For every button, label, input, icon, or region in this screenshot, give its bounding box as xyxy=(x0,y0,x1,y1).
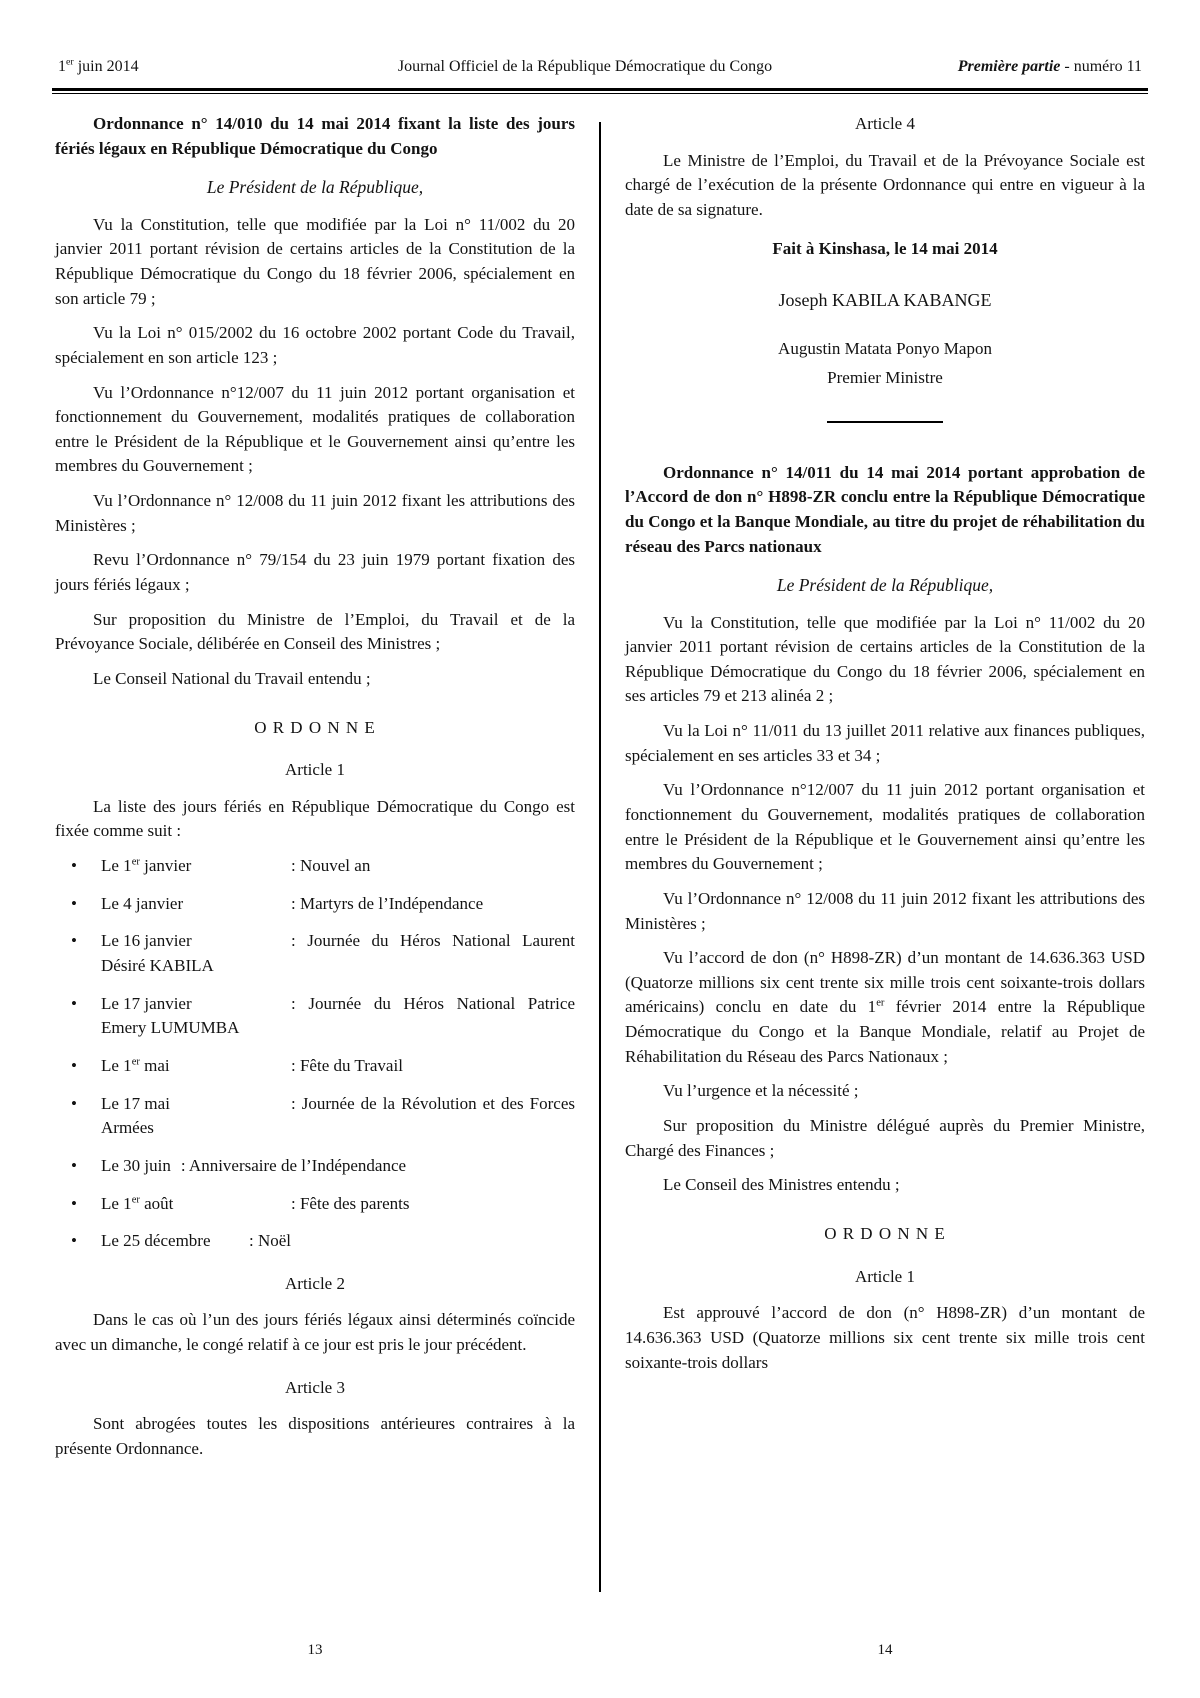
holiday-date-rest: mai xyxy=(140,1056,170,1075)
holiday-date-text: Le 16 janvier xyxy=(101,931,192,950)
header-date: 1er juin 2014 xyxy=(58,58,278,76)
section-separator-rule xyxy=(827,421,943,423)
holiday-item: Le 1er août: Fête des parents xyxy=(55,1192,575,1217)
holiday-item: Le 30 juin: Anniversaire de l’Indépendan… xyxy=(55,1154,575,1179)
article-1-body: Est approuvé l’accord de don (n° H898-ZR… xyxy=(625,1301,1145,1375)
recital-paragraph: Vu la Loi n° 015/2002 du 16 octobre 2002… xyxy=(55,321,575,370)
article-4-heading: Article 4 xyxy=(625,112,1145,137)
holiday-date: Le 1er mai xyxy=(101,1054,291,1079)
right-column: Article 4 Le Ministre de l’Emploi, du Tr… xyxy=(625,112,1145,1385)
header-rule xyxy=(52,88,1148,94)
left-column: Ordonnance n° 14/010 du 14 mai 2014 fixa… xyxy=(55,112,575,1472)
recital-paragraph: Vu l’urgence et la nécessité ; xyxy=(625,1079,1145,1104)
holiday-date-text: Le 25 décembre xyxy=(101,1231,211,1250)
article-4-body: Le Ministre de l’Emploi, du Travail et d… xyxy=(625,149,1145,223)
article-2-body: Dans le cas où l’un des jours fériés lég… xyxy=(55,1308,575,1357)
holiday-item: Le 16 janvier: Journée du Héros National… xyxy=(55,929,575,978)
signature-place-date: Fait à Kinshasa, le 14 mai 2014 xyxy=(625,237,1145,262)
recital-paragraph: Sur proposition du Ministre de l’Emploi,… xyxy=(55,608,575,657)
recital-paragraph: Sur proposition du Ministre délégué aupr… xyxy=(625,1114,1145,1163)
prime-minister-title: Premier Ministre xyxy=(625,366,1145,391)
holiday-date: Le 4 janvier xyxy=(101,892,291,917)
holiday-date-rest: août xyxy=(140,1194,174,1213)
holiday-label: : Fête des parents xyxy=(291,1194,410,1213)
article-1-heading: Article 1 xyxy=(625,1265,1145,1290)
ordonne-heading: O R D O N N E xyxy=(55,716,575,741)
holiday-date: Le 17 mai xyxy=(101,1092,291,1117)
holiday-date-text: Le 1 xyxy=(101,1194,132,1213)
salutation: Le Président de la République, xyxy=(55,175,575,200)
recital-paragraph: Le Conseil National du Travail entendu ; xyxy=(55,667,575,692)
holiday-date-sup: er xyxy=(132,1194,140,1205)
header-edition: Première partie - numéro 11 xyxy=(892,58,1142,76)
page-number-right: 14 xyxy=(625,1642,1145,1659)
page-header: 1er juin 2014 Journal Officiel de la Rép… xyxy=(58,58,1142,76)
header-date-rest: juin 2014 xyxy=(74,58,139,75)
recital-paragraph: Vu la Loi n° 11/011 du 13 juillet 2011 r… xyxy=(625,719,1145,768)
header-edition-number: - numéro 11 xyxy=(1060,58,1142,75)
holiday-item: Le 17 mai: Journée de la Révolution et d… xyxy=(55,1092,575,1141)
holiday-date-text: Le 17 mai xyxy=(101,1094,170,1113)
recital-paragraph: Vu la Constitution, telle que modifiée p… xyxy=(625,611,1145,710)
recital-paragraph: Vu l’Ordonnance n° 12/008 du 11 juin 201… xyxy=(55,489,575,538)
ordinance-title-14-011: Ordonnance n° 14/011 du 14 mai 2014 port… xyxy=(625,461,1145,560)
holiday-item: Le 25 décembre: Noël xyxy=(55,1229,575,1254)
column-divider xyxy=(599,122,601,1592)
holiday-date-rest: janvier xyxy=(140,856,191,875)
holiday-date-sup: er xyxy=(132,856,140,867)
prime-minister-name: Augustin Matata Ponyo Mapon xyxy=(625,337,1145,362)
holiday-item: Le 1er janvier: Nouvel an xyxy=(55,854,575,879)
header-edition-part: Première partie xyxy=(958,58,1061,75)
recital-paragraph: Revu l’Ordonnance n° 79/154 du 23 juin 1… xyxy=(55,548,575,597)
holiday-date: Le 17 janvier xyxy=(101,992,291,1017)
header-date-text: 1 xyxy=(58,58,66,75)
article-2-heading: Article 2 xyxy=(55,1272,575,1297)
holiday-date: Le 1er janvier xyxy=(101,854,291,879)
ordonne-heading: O R D O N N E xyxy=(625,1222,1145,1247)
holiday-label: : Martyrs de l’Indépendance xyxy=(291,894,483,913)
holiday-label: : Fête du Travail xyxy=(291,1056,403,1075)
holiday-date: Le 16 janvier xyxy=(101,929,291,954)
holiday-date-text: Le 30 juin xyxy=(101,1156,171,1175)
recital-paragraph: Le Conseil des Ministres entendu ; xyxy=(625,1173,1145,1198)
holiday-label: : Nouvel an xyxy=(291,856,370,875)
journal-page: 1er juin 2014 Journal Officiel de la Rép… xyxy=(0,0,1200,1698)
holiday-date-text: Le 1 xyxy=(101,856,132,875)
holiday-item: Le 17 janvier: Journée du Héros National… xyxy=(55,992,575,1041)
header-date-sup: er xyxy=(66,57,74,68)
article-1-heading: Article 1 xyxy=(55,758,575,783)
holiday-date-sup: er xyxy=(132,1056,140,1067)
header-journal-title: Journal Officiel de la République Démocr… xyxy=(278,58,892,76)
page-number-left: 13 xyxy=(55,1642,575,1659)
holiday-label: : Anniversaire de l’Indépendance xyxy=(181,1156,406,1175)
holiday-date-text: Le 17 janvier xyxy=(101,994,192,1013)
holiday-list: Le 1er janvier: Nouvel an Le 4 janvier: … xyxy=(55,854,575,1254)
holiday-date: Le 1er août xyxy=(101,1192,291,1217)
salutation: Le Président de la République, xyxy=(625,573,1145,598)
holiday-item: Le 1er mai: Fête du Travail xyxy=(55,1054,575,1079)
recital-paragraph: Vu l’Ordonnance n°12/007 du 11 juin 2012… xyxy=(625,778,1145,877)
holiday-date-text: Le 1 xyxy=(101,1056,132,1075)
recital-paragraph: Vu la Constitution, telle que modifiée p… xyxy=(55,213,575,312)
recital-paragraph: Vu l’Ordonnance n°12/007 du 11 juin 2012… xyxy=(55,381,575,480)
recital-paragraph: Vu l’Ordonnance n° 12/008 du 11 juin 201… xyxy=(625,887,1145,936)
president-name: Joseph KABILA KABANGE xyxy=(625,287,1145,313)
grant-recital-paragraph: Vu l’accord de don (n° H898-ZR) d’un mon… xyxy=(625,946,1145,1069)
ordinance-title-14-010: Ordonnance n° 14/010 du 14 mai 2014 fixa… xyxy=(55,112,575,161)
article-3-body: Sont abrogées toutes les dispositions an… xyxy=(55,1412,575,1461)
article-1-intro: La liste des jours fériés en République … xyxy=(55,795,575,844)
holiday-date-text: Le 4 janvier xyxy=(101,894,183,913)
holiday-date: Le 30 juin xyxy=(101,1154,171,1179)
holiday-item: Le 4 janvier: Martyrs de l’Indépendance xyxy=(55,892,575,917)
article-3-heading: Article 3 xyxy=(55,1376,575,1401)
holiday-date: Le 25 décembre xyxy=(101,1229,249,1254)
holiday-label: : Noël xyxy=(249,1231,291,1250)
